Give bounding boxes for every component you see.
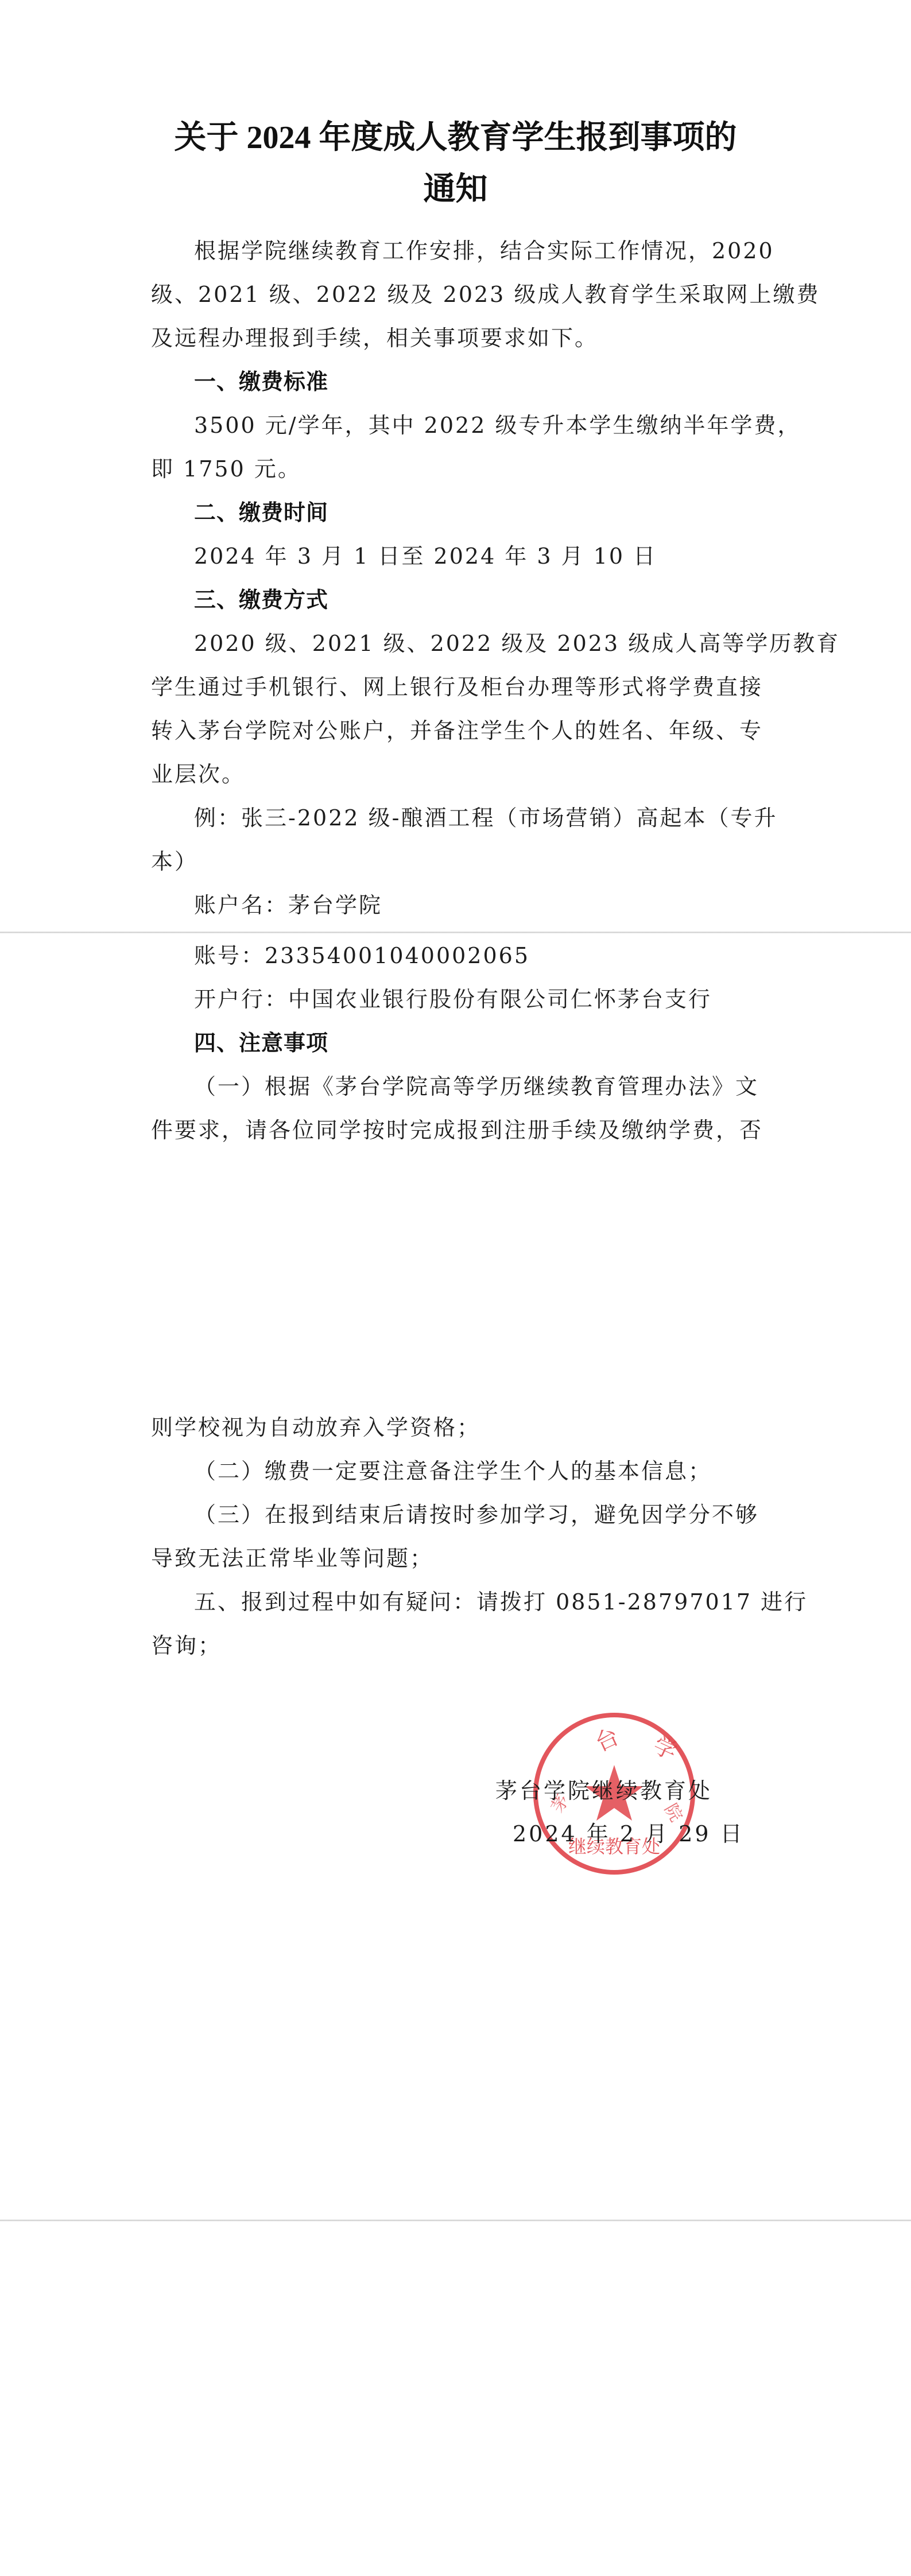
issue-date: 2024 年 2 月 29 日 [513,1820,745,1848]
bank-name: 开户行：中国农业银行股份有限公司仁怀茅台支行 [194,985,712,1014]
intro-paragraph-line3: 及远程办理报到手续，相关事项要求如下。 [151,324,598,352]
section3-method-line4: 业层次。 [151,760,245,789]
section1-heading: 一、缴费标准 [194,367,328,396]
section3-method-line1: 2020 级、2021 级、2022 级及 2023 级成人高等学历教育 [194,629,840,658]
section2-heading: 二、缴费时间 [194,498,328,527]
intro-paragraph-line1: 根据学院继续教育工作安排，结合实际工作情况，2020 [194,236,774,265]
section3-example-line2: 本） [151,847,198,876]
section4-item3-line2: 导致无法正常毕业等问题； [151,1544,433,1573]
section3-method-line3: 转入茅台学院对公账户，并备注学生个人的姓名、年级、专 [151,716,763,745]
section3-example-line1: 例：张三-2022 级-酿酒工程（市场营销）高起本（专升 [194,804,777,832]
section4-item3-line1: （三）在报到结束后请按时参加学习，避免因学分不够 [194,1500,759,1529]
svg-text:台: 台 [591,1723,623,1757]
page-scan-divider [0,932,911,933]
section1-fee-line1: 3500 元/学年，其中 2022 级专升本学生缴纳半年学费， [194,411,801,440]
section1-fee-line2: 即 1750 元。 [151,455,301,483]
account-number: 账号：23354001040002065 [194,941,530,970]
section4-item2: （二）缴费一定要注意备注学生个人的基本信息； [194,1457,712,1485]
page-bottom-scan-divider [0,2220,911,2221]
section2-date-range: 2024 年 3 月 1 日至 2024 年 3 月 10 日 [194,542,657,571]
document-title-line2: 通知 [0,169,911,210]
svg-text:学: 学 [649,1732,681,1766]
account-name: 账户名：茅台学院 [194,891,382,920]
document-title-line1: 关于 2024 年度成人教育学生报到事项的 [0,118,911,158]
section4-item1-line1: （一）根据《茅台学院高等学历继续教育管理办法》文 [194,1072,759,1101]
scanned-document-page: 关于 2024 年度成人教育学生报到事项的 通知 根据学院继续教育工作安排，结合… [0,0,911,2576]
intro-paragraph-line2: 级、2021 级、2022 级及 2023 级成人教育学生采取网上缴费 [151,280,820,309]
section4-heading: 四、注意事项 [194,1029,328,1057]
section4-item1-line2: 件要求，请各位同学按时完成报到注册手续及缴纳学费，否 [151,1116,763,1145]
section3-method-line2: 学生通过手机银行、网上银行及柜台办理等形式将学费直接 [151,673,763,701]
section4-item1-line3: 则学校视为自动放弃入学资格； [151,1413,480,1442]
section5-contact-line2: 咨询； [151,1631,222,1660]
section3-heading: 三、缴费方式 [194,585,328,614]
section5-contact-line1: 五、报到过程中如有疑问：请拨打 0851-28797017 进行 [194,1588,808,1616]
issuer-signature: 茅台学院继续教育处 [495,1776,712,1805]
